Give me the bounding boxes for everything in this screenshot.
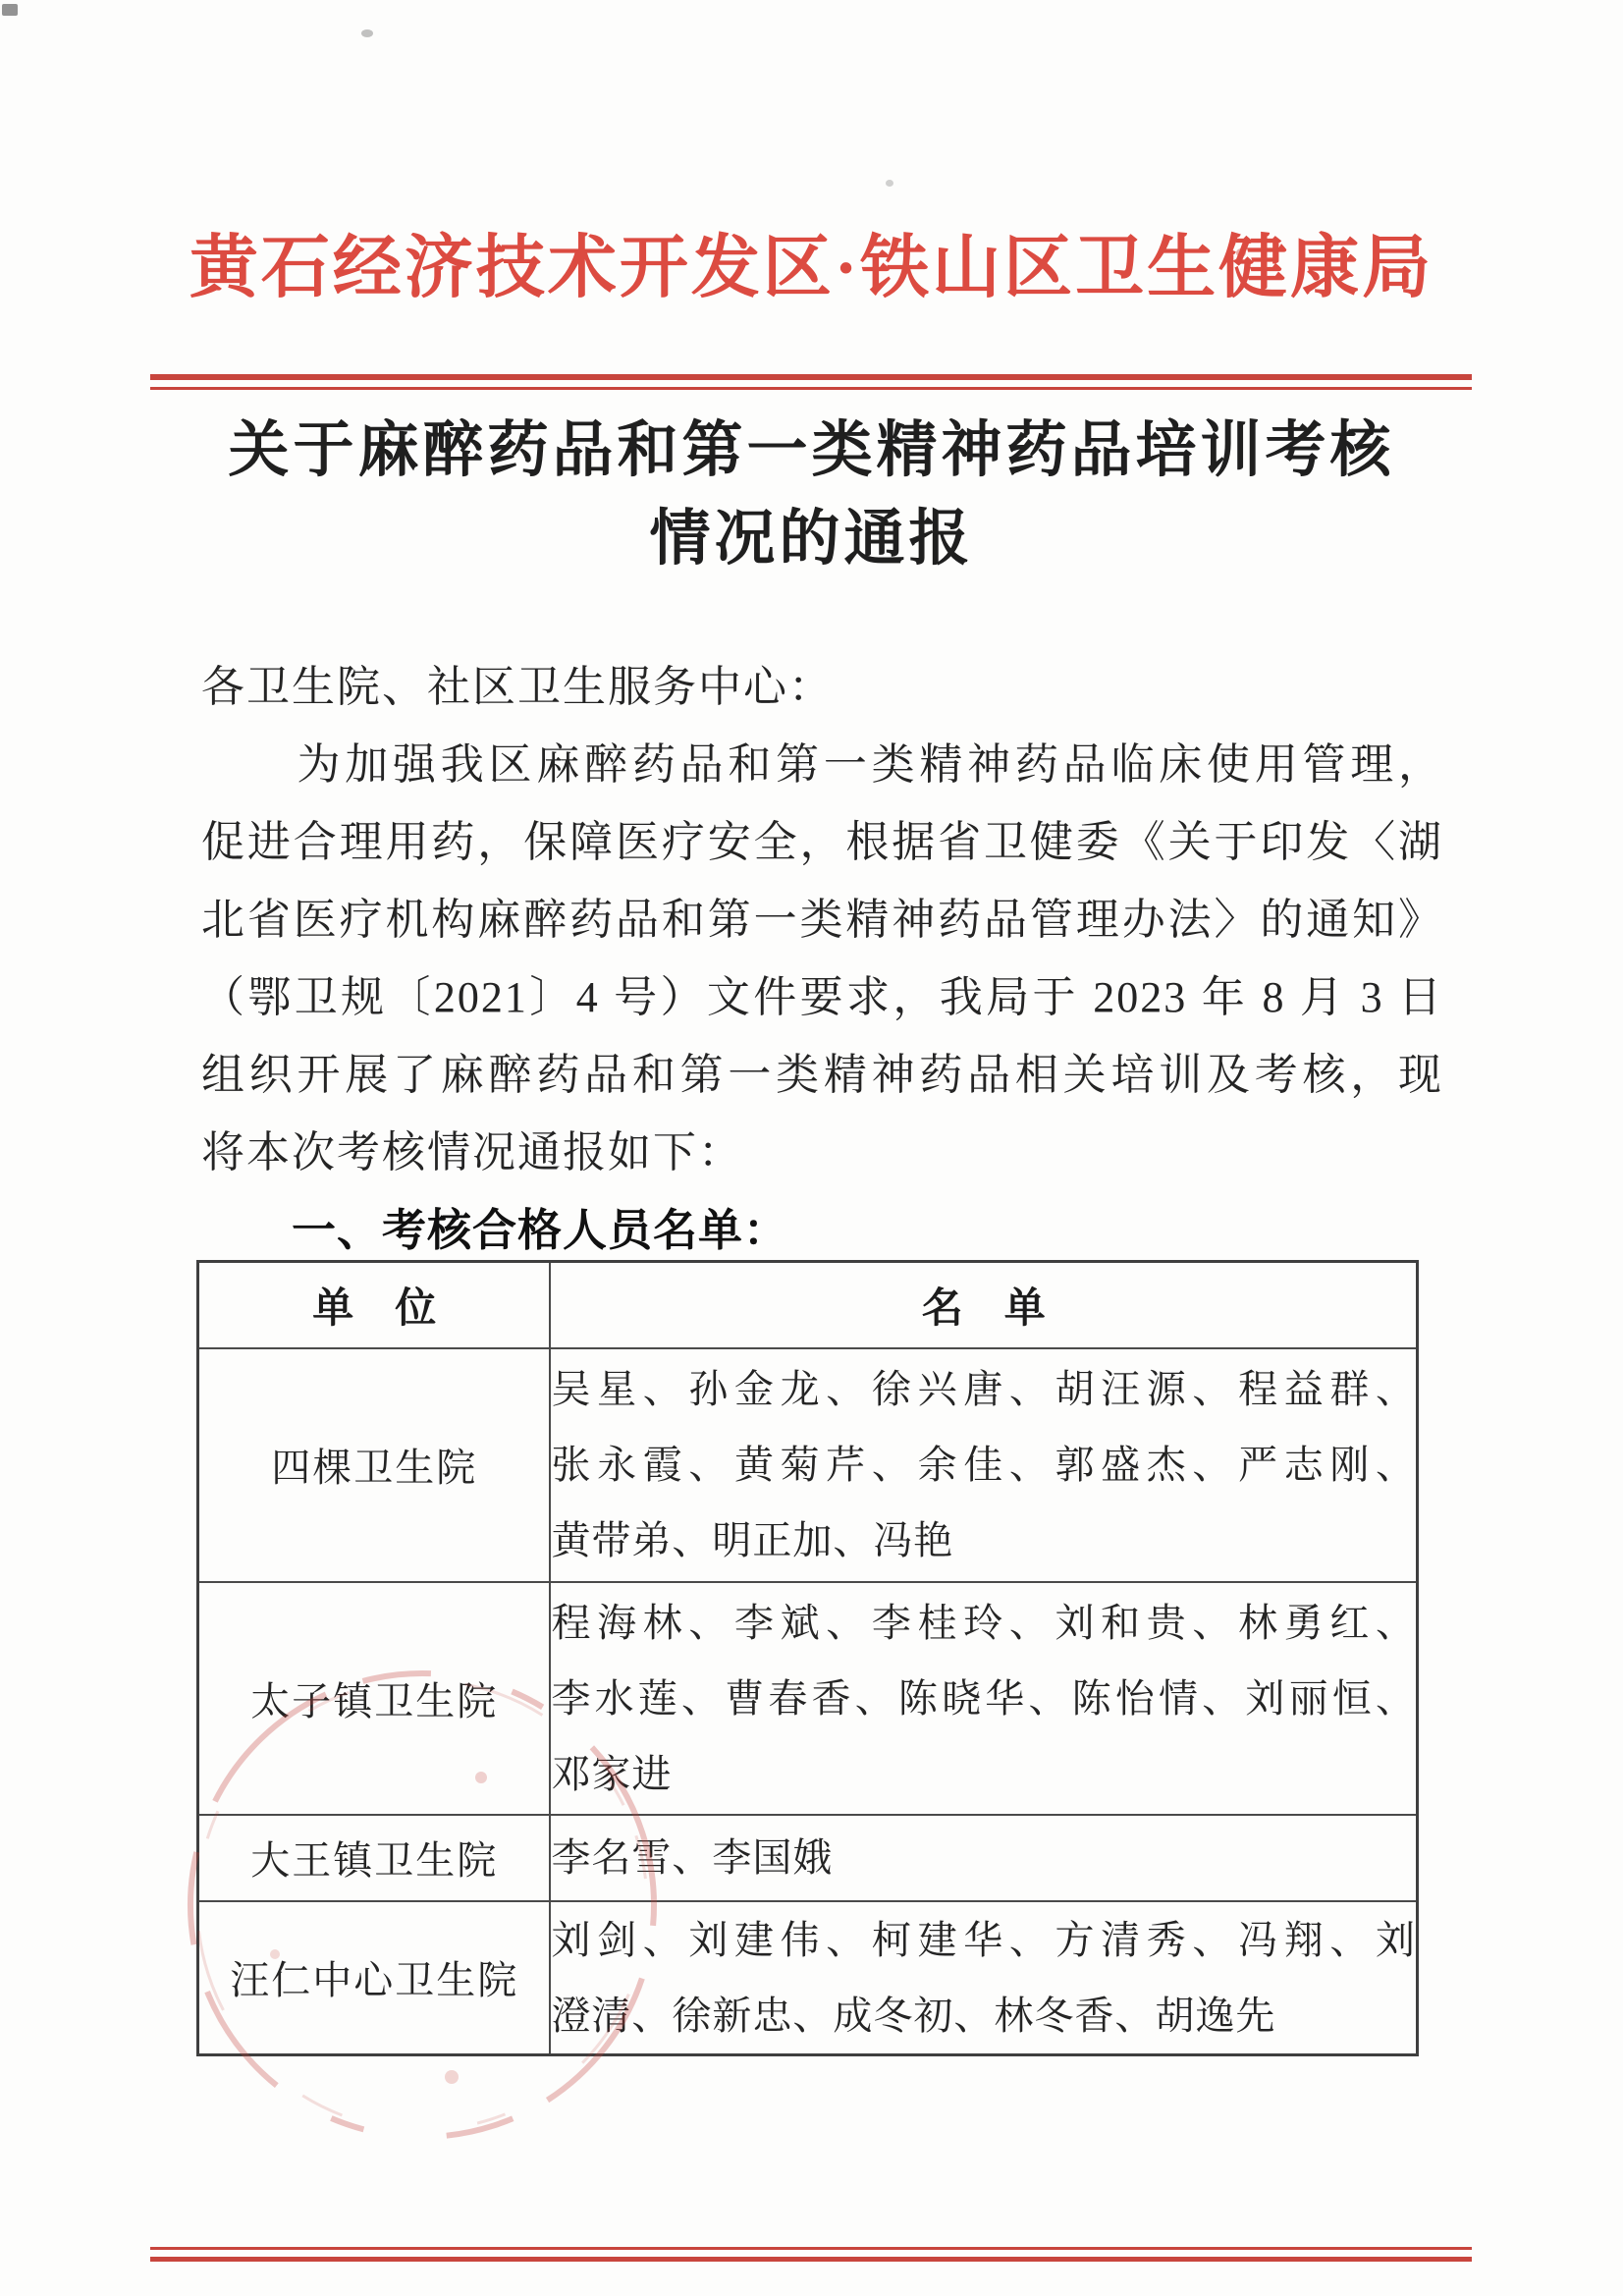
body-line: 组织开展了麻醉药品和第一类精神药品相关培训及考核，现	[201, 1036, 1443, 1114]
body-line: （鄂卫规〔2021〕4 号）文件要求，我局于 2023 年 8 月 3 日	[201, 958, 1443, 1036]
roster-table: 单 位 名 单 四棵卫生院吴星、孙金龙、徐兴唐、胡汪源、程益群、张永霞、黄菊芹、…	[196, 1260, 1419, 2056]
document-page: 黄石经济技术开发区·铁山区卫生健康局 关于麻醉药品和第一类精神药品培训考核 情况…	[0, 0, 1623, 2296]
table-row: 汪仁中心卫生院刘剑、刘建伟、柯建华、方清秀、冯翔、刘澄清、徐新忠、成冬初、林冬香…	[198, 1901, 1418, 2055]
unit-cell: 汪仁中心卫生院	[198, 1901, 551, 2055]
names-line: 黄带弟、明正加、冯艳	[551, 1503, 1416, 1578]
scan-speck	[2, 4, 18, 16]
names-line: 邓家进	[551, 1736, 1416, 1812]
unit-column-header: 单 位	[198, 1262, 551, 1348]
unit-cell: 太子镇卫生院	[198, 1582, 551, 1815]
body-line: 促进合理用药，保障医疗安全，根据省卫健委《关于印发〈湖	[201, 803, 1443, 881]
footer-double-rule	[150, 2247, 1472, 2262]
names-column-header: 名 单	[550, 1262, 1417, 1348]
body-line: 将本次考核情况通报如下：	[201, 1114, 1443, 1191]
table-row: 四棵卫生院吴星、孙金龙、徐兴唐、胡汪源、程益群、张永霞、黄菊芹、余佳、郭盛杰、严…	[198, 1348, 1418, 1582]
names-line: 程海林、李斌、李桂玲、刘和贵、林勇红、	[551, 1585, 1416, 1661]
names-line: 刘剑、刘建伟、柯建华、方清秀、冯翔、刘	[551, 1902, 1416, 1978]
letterhead-agency-name: 黄石经济技术开发区·铁山区卫生健康局	[0, 212, 1623, 325]
names-cell: 刘剑、刘建伟、柯建华、方清秀、冯翔、刘澄清、徐新忠、成冬初、林冬香、胡逸先	[550, 1901, 1417, 2055]
scan-speck	[886, 180, 893, 187]
unit-cell: 大王镇卫生院	[198, 1815, 551, 1901]
document-title: 关于麻醉药品和第一类精神药品培训考核 情况的通报	[0, 407, 1623, 583]
names-cell: 李名雪、李国娥	[550, 1815, 1417, 1901]
letterhead-double-rule	[150, 374, 1472, 390]
names-line: 张永霞、黄菊芹、余佳、郭盛杰、严志刚、	[551, 1427, 1416, 1503]
names-cell: 吴星、孙金龙、徐兴唐、胡汪源、程益群、张永霞、黄菊芹、余佳、郭盛杰、严志刚、黄带…	[550, 1348, 1417, 1582]
names-line: 李名雪、李国娥	[551, 1820, 1416, 1895]
body-line: 北省医疗机构麻醉药品和第一类精神药品管理办法〉的通知》	[201, 881, 1443, 958]
names-cell: 程海林、李斌、李桂玲、刘和贵、林勇红、李水莲、曹春香、陈晓华、陈怡情、刘丽恒、邓…	[550, 1582, 1417, 1815]
body-paragraph: 为加强我区麻醉药品和第一类精神药品临床使用管理，促进合理用药，保障医疗安全，根据…	[201, 726, 1443, 1191]
names-line: 吴星、孙金龙、徐兴唐、胡汪源、程益群、	[551, 1351, 1416, 1427]
names-line: 李水莲、曹春香、陈晓华、陈怡情、刘丽恒、	[551, 1661, 1416, 1736]
section-heading: 一、考核合格人员名单：	[201, 1191, 1443, 1269]
body-text: 各卫生院、社区卫生服务中心： 为加强我区麻醉药品和第一类精神药品临床使用管理，促…	[201, 648, 1443, 1269]
unit-cell: 四棵卫生院	[198, 1348, 551, 1582]
document-title-line1: 关于麻醉药品和第一类精神药品培训考核	[0, 407, 1623, 495]
roster-table-body: 四棵卫生院吴星、孙金龙、徐兴唐、胡汪源、程益群、张永霞、黄菊芹、余佳、郭盛杰、严…	[198, 1348, 1418, 2055]
names-line: 澄清、徐新忠、成冬初、林冬香、胡逸先	[551, 1978, 1416, 2053]
body-line: 为加强我区麻醉药品和第一类精神药品临床使用管理，	[201, 726, 1443, 803]
salutation: 各卫生院、社区卫生服务中心：	[201, 648, 1443, 726]
table-header-row: 单 位 名 单	[198, 1262, 1418, 1348]
document-title-line2: 情况的通报	[0, 495, 1623, 583]
scan-speck	[361, 29, 373, 37]
table-row: 太子镇卫生院程海林、李斌、李桂玲、刘和贵、林勇红、李水莲、曹春香、陈晓华、陈怡情…	[198, 1582, 1418, 1815]
table-row: 大王镇卫生院李名雪、李国娥	[198, 1815, 1418, 1901]
